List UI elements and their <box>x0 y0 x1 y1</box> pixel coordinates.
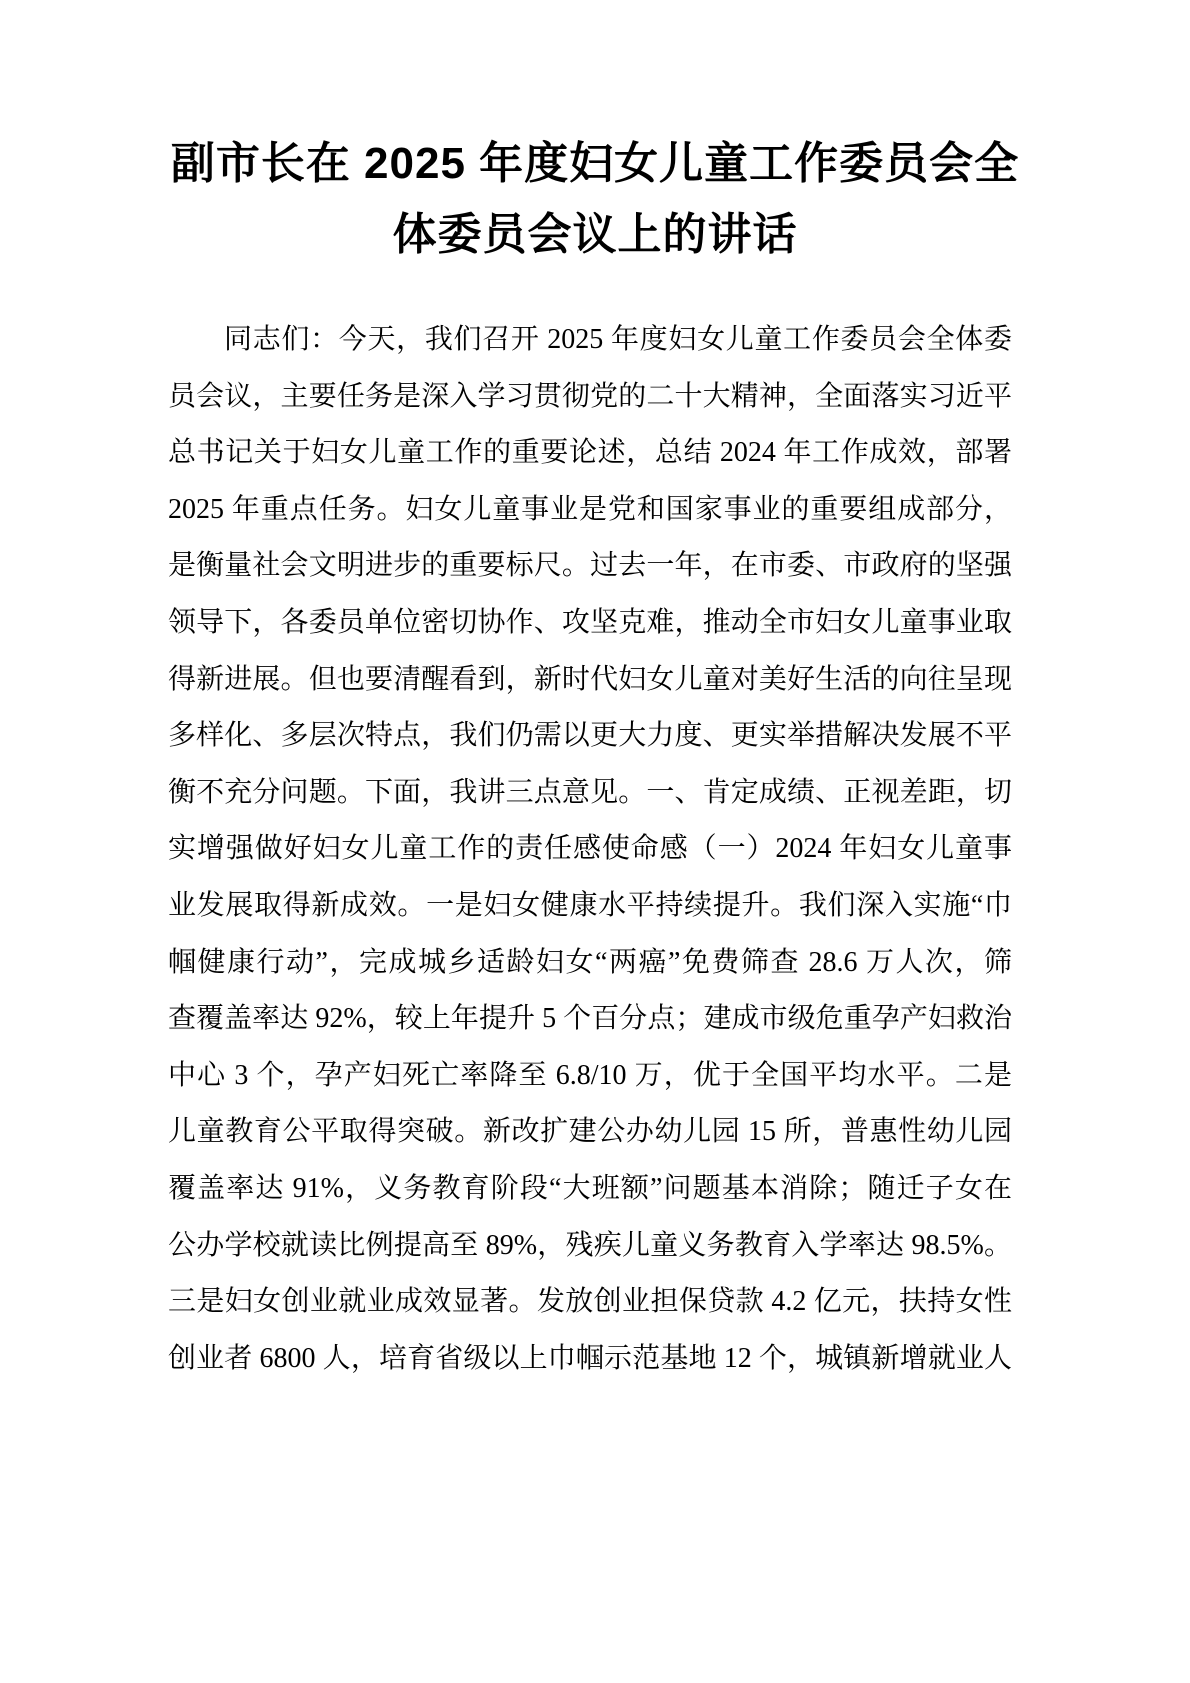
body-text-line: 领导下，各委员单位密切协作、攻坚克难，推动全市妇女儿童事业取 <box>168 595 1012 652</box>
body-text-line: 多样化、多层次特点，我们仍需以更大力度、更实举措解决发展不平 <box>168 708 1012 765</box>
body-text-line: 公办学校就读比例提高至 89%，残疾儿童义务教育入学率达 98.5%。 <box>168 1218 1012 1275</box>
body-text-line: 查覆盖率达 92%，较上年提升 5 个百分点；建成市级危重孕产妇救治 <box>168 991 1012 1048</box>
body-text-line: 三是妇女创业就业成效显著。发放创业担保贷款 4.2 亿元，扶持女性 <box>168 1274 1012 1331</box>
title-line-2: 体委员会议上的讲话 <box>0 199 1190 270</box>
document-title: 副市长在 2025 年度妇女儿童工作委员会全 体委员会议上的讲话 <box>0 0 1190 270</box>
body-text-line: 同志们：今天，我们召开 2025 年度妇女儿童工作委员会全体委 <box>168 312 1012 369</box>
body-text-line: 衡不充分问题。下面，我讲三点意见。一、肯定成绩、正视差距，切 <box>168 765 1012 822</box>
body-text-line: 覆盖率达 91%，义务教育阶段“大班额”问题基本消除；随迁子女在 <box>168 1161 1012 1218</box>
body-text-line: 员会议，主要任务是深入学习贯彻党的二十大精神，全面落实习近平 <box>168 369 1012 426</box>
document-page: 副市长在 2025 年度妇女儿童工作委员会全 体委员会议上的讲话 同志们：今天，… <box>0 0 1190 1683</box>
body-text-line: 实增强做好妇女儿童工作的责任感使命感（一）2024 年妇女儿童事 <box>168 821 1012 878</box>
body-text-line: 儿童教育公平取得突破。新改扩建公办幼儿园 15 所，普惠性幼儿园 <box>168 1104 1012 1161</box>
body-text-line: 总书记关于妇女儿童工作的重要论述，总结 2024 年工作成效，部署 <box>168 425 1012 482</box>
body-text-line: 帼健康行动”，完成城乡适龄妇女“两癌”免费筛查 28.6 万人次，筛 <box>168 935 1012 992</box>
title-line-1: 副市长在 2025 年度妇女儿童工作委员会全 <box>0 128 1190 199</box>
body-text-line: 创业者 6800 人，培育省级以上巾帼示范基地 12 个，城镇新增就业人 <box>168 1331 1012 1388</box>
body-text-line: 中心 3 个，孕产妇死亡率降至 6.8/10 万，优于全国平均水平。二是 <box>168 1048 1012 1105</box>
body-text-line: 业发展取得新成效。一是妇女健康水平持续提升。我们深入实施“巾 <box>168 878 1012 935</box>
document-body: 同志们：今天，我们召开 2025 年度妇女儿童工作委员会全体委员会议，主要任务是… <box>168 312 1012 1387</box>
body-text-line: 是衡量社会文明进步的重要标尺。过去一年，在市委、市政府的坚强 <box>168 538 1012 595</box>
body-text-line: 得新进展。但也要清醒看到，新时代妇女儿童对美好生活的向往呈现 <box>168 652 1012 709</box>
body-text-line: 2025 年重点任务。妇女儿童事业是党和国家事业的重要组成部分， <box>168 482 1012 539</box>
